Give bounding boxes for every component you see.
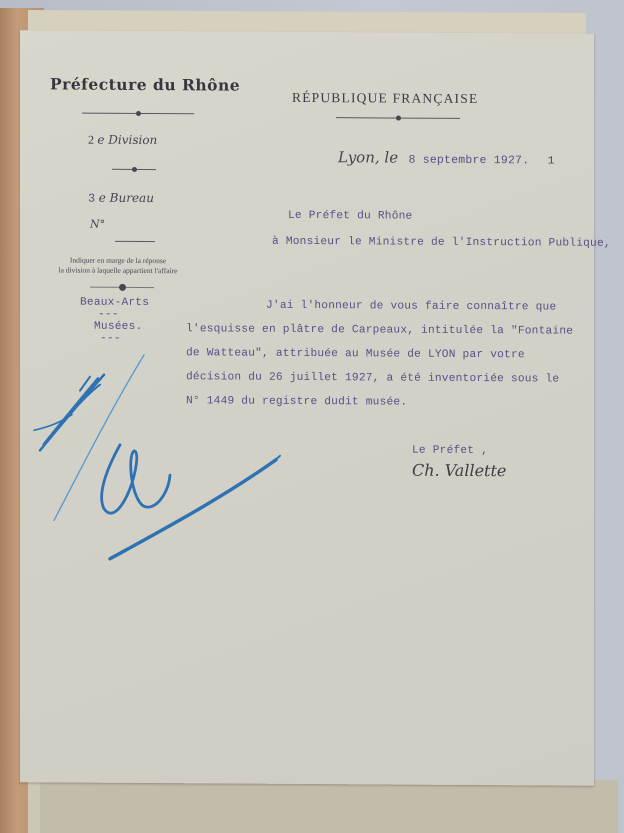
- blue-pencil-annotation-icon: [20, 30, 594, 786]
- lower-backing-sheet: [40, 780, 618, 833]
- letter-page: Préfecture du Rhône 2 e Division 3 e Bur…: [20, 30, 594, 786]
